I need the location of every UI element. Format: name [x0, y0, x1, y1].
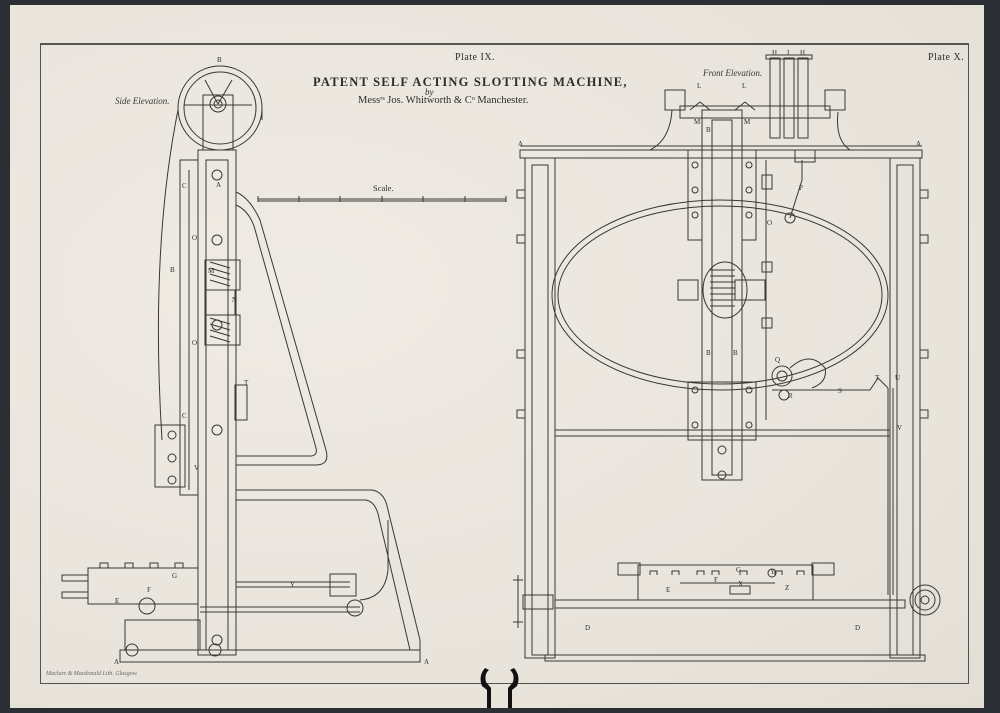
svg-text:C: C: [182, 412, 187, 420]
side-elevation-drawing: [62, 66, 420, 662]
svg-text:L: L: [742, 82, 746, 90]
svg-text:M: M: [744, 118, 751, 126]
svg-text:B: B: [217, 56, 222, 64]
svg-text:X: X: [738, 580, 743, 588]
svg-text:V: V: [194, 464, 199, 472]
svg-text:C: C: [182, 182, 187, 190]
svg-text:E: E: [115, 597, 119, 605]
svg-text:F: F: [147, 586, 151, 594]
front-elevation-drawing: [513, 55, 940, 661]
svg-text:T: T: [875, 374, 880, 382]
machine-drawings: B A C O B M N O T C V G F E Y A A A A L …: [0, 0, 1000, 713]
svg-text:V: V: [897, 424, 902, 432]
svg-text:A: A: [518, 140, 523, 148]
svg-text:S: S: [838, 387, 842, 395]
svg-text:N: N: [232, 296, 237, 304]
svg-text:G: G: [736, 566, 741, 574]
svg-text:I: I: [787, 49, 790, 57]
svg-text:F: F: [714, 576, 718, 584]
svg-text:O: O: [192, 234, 197, 242]
svg-text:O: O: [767, 219, 772, 227]
svg-text:H: H: [772, 49, 777, 57]
svg-text:Z: Z: [785, 584, 789, 592]
svg-text:A: A: [216, 181, 221, 189]
mounting-clip-icon: [481, 668, 519, 708]
svg-text:M: M: [694, 118, 701, 126]
svg-text:E: E: [666, 586, 670, 594]
svg-text:R: R: [788, 392, 793, 400]
svg-text:A: A: [916, 140, 921, 148]
svg-text:P: P: [799, 184, 803, 192]
svg-text:U: U: [895, 374, 900, 382]
svg-text:B: B: [706, 126, 711, 134]
svg-text:D: D: [585, 624, 590, 632]
svg-text:L: L: [697, 82, 701, 90]
svg-text:Y: Y: [290, 581, 295, 589]
svg-text:M: M: [208, 267, 215, 275]
svg-text:D: D: [855, 624, 860, 632]
svg-text:A: A: [114, 658, 119, 666]
scale-bar: [258, 196, 506, 202]
svg-text:B: B: [733, 349, 738, 357]
svg-text:O: O: [192, 339, 197, 347]
svg-text:Y: Y: [770, 568, 775, 576]
svg-text:B: B: [170, 266, 175, 274]
svg-text:T: T: [244, 379, 249, 387]
svg-text:H: H: [800, 49, 805, 57]
svg-text:A: A: [424, 658, 429, 666]
svg-text:G: G: [172, 572, 177, 580]
svg-text:B: B: [706, 349, 711, 357]
svg-text:Q: Q: [775, 356, 780, 364]
